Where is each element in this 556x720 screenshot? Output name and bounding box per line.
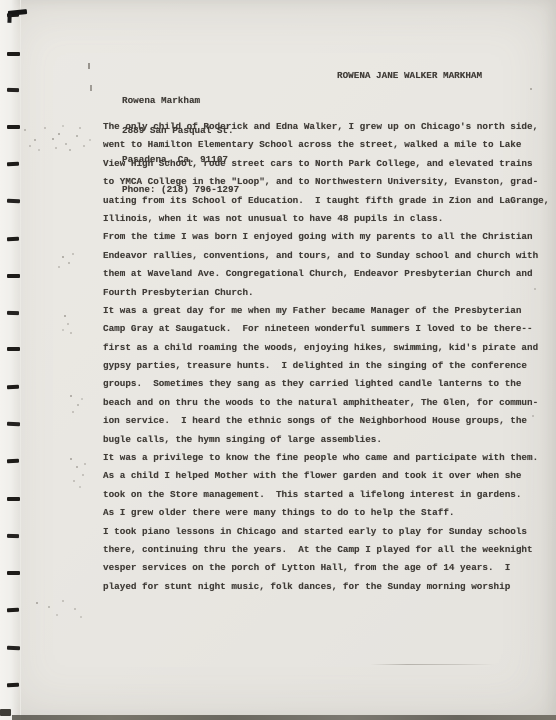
- binding-hole: [7, 162, 19, 167]
- binding-hole: [7, 237, 19, 242]
- body-line: Fourth Presbyterian Church.: [103, 284, 549, 302]
- photocopy-speckle: [52, 138, 54, 140]
- body-line: It was a privilege to know the fine peop…: [103, 449, 549, 467]
- binding-hole: [7, 88, 19, 92]
- body-line: them at Waveland Ave. Congregational Chu…: [103, 265, 549, 283]
- body-line: The only child of Roderick and Edna Walk…: [103, 118, 549, 136]
- body-line: to YMCA College in the "Loop", and to No…: [103, 173, 549, 191]
- body-line: vesper services on the porch of Lytton H…: [103, 559, 549, 577]
- body-line: From the time I was born I enjoyed going…: [103, 228, 549, 246]
- photocopy-speckle: [70, 395, 72, 397]
- binding-hole: [7, 497, 20, 501]
- binding-hole: [7, 459, 19, 464]
- body-line: beach and on thru the woods to the natur…: [103, 394, 549, 412]
- scan-bottom-mark: [0, 709, 11, 716]
- body-line: took on the Store management. This start…: [103, 486, 549, 504]
- body-line: ion service. I heard the ethnic songs of…: [103, 412, 549, 430]
- body-line: uating from its School of Education. I t…: [103, 192, 549, 210]
- binding-hole: [7, 571, 20, 575]
- sender-name: Rowena Markham: [122, 96, 239, 106]
- document-body: The only child of Roderick and Edna Walk…: [103, 118, 549, 596]
- binding-edge-strip: [0, 0, 21, 720]
- body-line: I took piano lessons in Chicago and star…: [103, 523, 549, 541]
- binding-hole: [7, 199, 20, 203]
- body-line: Illinois, when it was not unusual to hav…: [103, 210, 549, 228]
- binding-hole: [7, 52, 20, 56]
- scanned-typewritten-page: Rowena Markham 2889 San Pasqual St. Pasa…: [0, 0, 556, 720]
- photocopy-scratch: [370, 664, 495, 665]
- document-title: ROWENA JANE WALKER MARKHAM: [337, 71, 482, 81]
- binding-hole: [7, 311, 19, 315]
- binding-hole: [7, 534, 19, 538]
- binding-hole: [7, 608, 19, 613]
- photocopy-speckle: [62, 256, 64, 258]
- body-line: View High School, rode street cars to No…: [103, 155, 549, 173]
- body-line: went to Hamilton Elementary School acros…: [103, 136, 549, 154]
- body-line: played for stunt night music, folk dance…: [103, 578, 549, 596]
- body-line: Camp Gray at Saugatuck. For nineteen won…: [103, 320, 549, 338]
- body-line: gypsy parties, treasure hunts. I delight…: [103, 357, 549, 375]
- body-line: It was a great day for me when my Father…: [103, 302, 549, 320]
- body-line: As I grew older there were many things t…: [103, 504, 549, 522]
- body-line: groups. Sometimes they sang as they carr…: [103, 375, 549, 393]
- body-line: first as a child roaming the woods, enjo…: [103, 339, 549, 357]
- body-line: there, continuing thru the years. At the…: [103, 541, 549, 559]
- scan-bottom-shadow: [12, 715, 556, 720]
- body-line: As a child I helped Mother with the flow…: [103, 467, 549, 485]
- photocopy-speckle: [70, 458, 72, 460]
- binding-hole: [7, 125, 20, 129]
- photocopy-speckle: [88, 63, 90, 69]
- binding-hole: [7, 385, 19, 390]
- binding-hole: [7, 646, 20, 650]
- corner-ink-mark: [8, 9, 27, 16]
- photocopy-speckle: [36, 602, 38, 604]
- photocopy-speckle: [530, 88, 532, 90]
- body-line: bugle calls, the hymn singing of large a…: [103, 431, 549, 449]
- binding-hole: [7, 274, 20, 278]
- body-line: Endeavor rallies, conventions, and tours…: [103, 247, 549, 265]
- binding-hole: [7, 683, 19, 688]
- binding-hole: [7, 347, 20, 351]
- binding-hole: [7, 422, 20, 426]
- photocopy-speckle: [64, 315, 66, 317]
